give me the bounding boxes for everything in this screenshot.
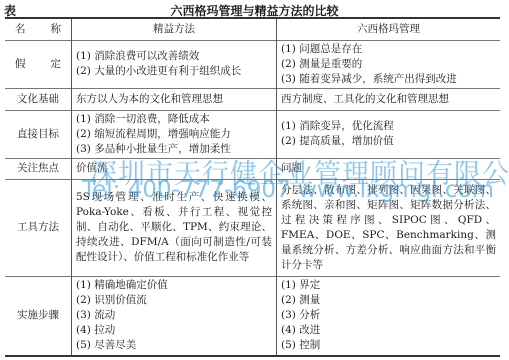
cell-text: 问题 (281, 161, 496, 176)
list-item: (1) 消除一切浪费，降低成本 (76, 112, 272, 127)
six-sigma-cell: (1) 问题总是存在 (2) 测量是重要的 (3) 随着变异减少，系统产出得到改… (277, 40, 501, 88)
list-item: (5) 控制 (281, 338, 496, 353)
list-item: (3) 分析 (281, 308, 496, 323)
list-item: (3) 多品种小批量生产，增加柔性 (76, 142, 272, 157)
cell-text: 西方制度、工具化的文化和管理思想 (281, 92, 496, 107)
row-name-char-1: 假 (15, 57, 26, 72)
table-row-goal: 直接目标 (1) 消除一切浪费，降低成本 (2) 缩短流程周期，增强响应能力 (… (5, 110, 500, 158)
header-lean: 精益方法 (72, 18, 277, 40)
list-item: (2) 提高质量，增加价值 (281, 134, 496, 149)
table-row-culture: 文化基础 东方以人为本的文化和管理思想 西方制度、工具化的文化和管理思想 (5, 88, 500, 110)
table-row-assumption: 假 定 (1) 消除浪费可以改善绩效 (2) 大量的小改进更有利于组织成长 (1… (5, 40, 500, 88)
header-name: 名 称 (5, 18, 72, 40)
row-name: 直接目标 (5, 110, 72, 158)
row-name: 关注焦点 (5, 158, 72, 179)
six-sigma-cell: (1) 消除变异，优化流程 (2) 提高质量，增加价值 (277, 110, 501, 158)
row-name: 工具方法 (5, 179, 72, 276)
header-name-char-2: 称 (51, 22, 62, 37)
list-item: (4) 拉动 (76, 323, 272, 338)
list-item: (2) 缩短流程周期，增强响应能力 (76, 127, 272, 142)
list-item: (1) 精确地确定价值 (76, 278, 272, 293)
lean-cell: (1) 消除一切浪费，降低成本 (2) 缩短流程周期，增强响应能力 (3) 多品… (72, 110, 277, 158)
list-item: (4) 改进 (281, 323, 496, 338)
row-name: 假 定 (5, 40, 72, 88)
cell-text: 东方以人为本的文化和管理思想 (76, 92, 272, 107)
table-row-tools: 工具方法 5S现场管理、准时生产、快速换模、Poka-Yoke、看板、并行工程、… (5, 179, 500, 276)
list-item: (1) 界定 (281, 278, 496, 293)
row-name: 文化基础 (5, 88, 72, 110)
lean-cell: 东方以人为本的文化和管理思想 (72, 88, 277, 110)
list-item: (1) 问题总是存在 (281, 42, 496, 57)
comparison-table: 名 称 精益方法 六西格玛管理 假 定 (1) 消除浪费可以改善绩效 (2) 大… (5, 17, 500, 357)
list-item: (2) 测量 (281, 293, 496, 308)
lean-cell: (1) 消除浪费可以改善绩效 (2) 大量的小改进更有利于组织成长 (72, 40, 277, 88)
list-item: (5) 尽善尽美 (76, 338, 272, 353)
row-name: 实施步骤 (5, 276, 72, 356)
lean-cell: (1) 精确地确定价值 (2) 识别价值流 (3) 流动 (4) 拉动 (5) … (72, 276, 277, 356)
table-header-row: 名 称 精益方法 六西格玛管理 (5, 18, 500, 40)
list-item: (1) 消除浪费可以改善绩效 (76, 49, 272, 64)
list-item: (1) 消除变异，优化流程 (281, 119, 496, 134)
list-item: (2) 识别价值流 (76, 293, 272, 308)
row-name-char-2: 定 (51, 57, 62, 72)
list-item: (2) 测量是重要的 (281, 57, 496, 72)
table-row-steps: 实施步骤 (1) 精确地确定价值 (2) 识别价值流 (3) 流动 (4) 拉动… (5, 276, 500, 356)
six-sigma-cell: 分层法、散布图、排列图、因果图、关联图、系统图、亲和图、矩阵图、矩阵数据分析法、… (277, 179, 501, 276)
list-item: (2) 大量的小改进更有利于组织成长 (76, 64, 272, 79)
header-name-char-1: 名 (15, 22, 26, 37)
table-row-focus: 关注焦点 价值流 问题 (5, 158, 500, 179)
list-item: (3) 流动 (76, 308, 272, 323)
header-six-sigma: 六西格玛管理 (277, 18, 501, 40)
six-sigma-cell: 问题 (277, 158, 501, 179)
six-sigma-cell: 西方制度、工具化的文化和管理思想 (277, 88, 501, 110)
lean-cell: 5S现场管理、准时生产、快速换模、Poka-Yoke、看板、并行工程、视觉控制、… (72, 179, 277, 276)
cell-text: 价值流 (76, 161, 272, 176)
list-item: (3) 随着变异减少，系统产出得到改进 (281, 72, 496, 87)
lean-cell: 价值流 (72, 158, 277, 179)
six-sigma-cell: (1) 界定 (2) 测量 (3) 分析 (4) 改进 (5) 控制 (277, 276, 501, 356)
